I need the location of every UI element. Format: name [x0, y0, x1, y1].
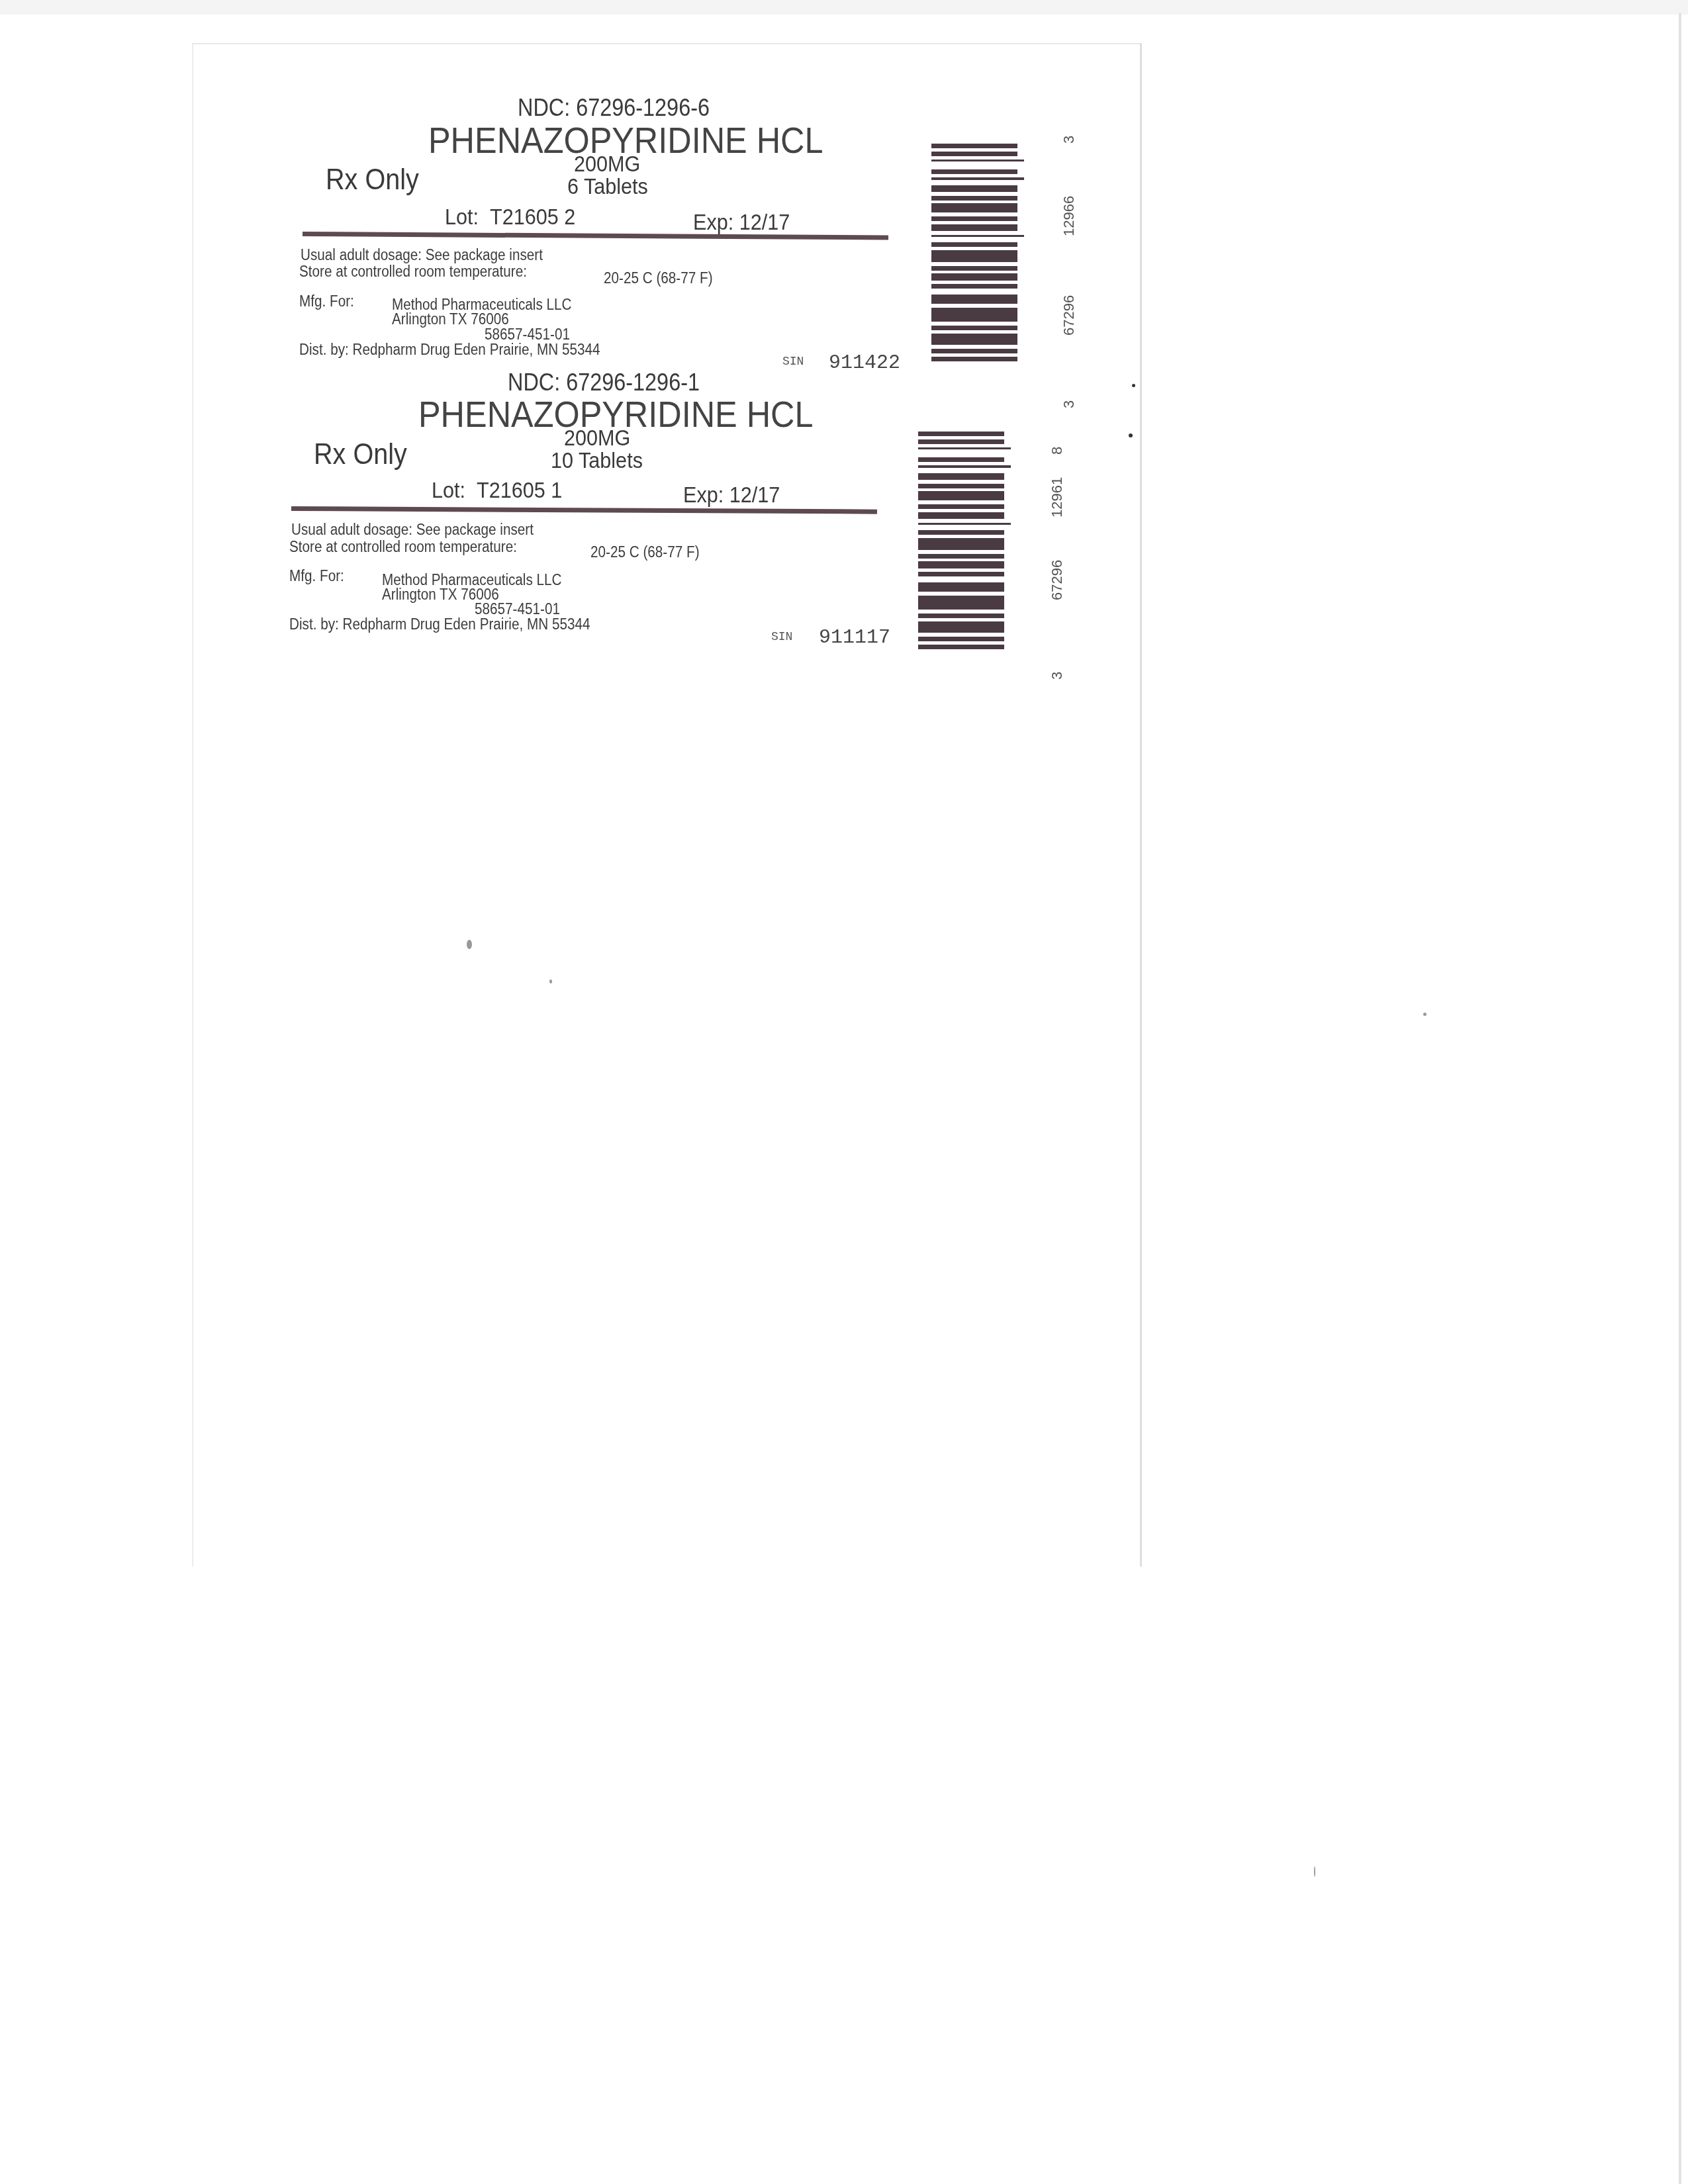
barcode-bar [918, 530, 1004, 535]
barcode-bar [918, 582, 1004, 592]
barcode-bar [918, 645, 1004, 649]
barcode-bar [918, 465, 1011, 468]
distributor: Dist. by: Redpharm Drug Eden Prairie, MN… [289, 615, 590, 633]
barcode-bar [918, 596, 1004, 610]
barcode-bar [931, 185, 1017, 193]
divider-rule [291, 506, 877, 514]
dosage-note: Usual adult dosage: See package insert [301, 246, 543, 264]
barcode-bar [931, 308, 1017, 322]
barcode-digit-check: 3 [1060, 136, 1078, 144]
expiration-date: Exp: 12/17 [683, 482, 780, 508]
barcode-bar [918, 572, 1004, 576]
barcode-bar [931, 242, 1017, 247]
lot-number: Lot: T21605 2 [445, 205, 575, 230]
divider-rule [303, 232, 888, 240]
barcode-bar [931, 250, 1017, 262]
barcode-bar [931, 326, 1017, 330]
rx-only: Rx Only [326, 163, 419, 197]
barcode-bar [931, 224, 1017, 232]
barcode-bar [918, 447, 1011, 450]
scan-speck [549, 979, 552, 983]
scan-speck [1129, 433, 1133, 437]
barcode-bar [918, 473, 1004, 480]
scan-speck [467, 940, 472, 949]
barcode-digits-labeler: 67296 [1049, 560, 1066, 600]
barcode [931, 144, 1024, 362]
scan-speck [1423, 1013, 1427, 1016]
barcode-bar [931, 266, 1017, 271]
rx-only: Rx Only [314, 438, 407, 471]
label-sheet: NDC: 67296-1296-6 PHENAZOPYRIDINE HCL 20… [192, 43, 1140, 1567]
barcode-bar [931, 196, 1017, 201]
barcode-digits-product: 12966 [1060, 196, 1078, 236]
barcode [918, 432, 1011, 650]
sin-label: SIN [771, 631, 792, 644]
sin-number: 911117 [819, 627, 890, 649]
barcode-bar [931, 295, 1017, 304]
barcode-digit-lead: 3 [1049, 672, 1066, 680]
barcode-digit-check: 8 [1049, 447, 1066, 455]
barcode-bar [918, 621, 1004, 633]
barcode-bar [931, 273, 1017, 281]
barcode-bar [918, 457, 1004, 462]
tablet-count: 6 Tablets [567, 174, 648, 200]
barcode-bar [931, 152, 1017, 156]
barcode-bar [918, 637, 1004, 641]
barcode-bar [918, 484, 1004, 488]
barcode-bar [918, 512, 1004, 520]
barcode-bar [931, 177, 1024, 180]
label-6-tablets: NDC: 67296-1296-6 PHENAZOPYRIDINE HCL 20… [193, 44, 1140, 336]
storage-note: Store at controlled room temperature: [289, 538, 517, 556]
barcode-bar [918, 439, 1004, 444]
storage-temperature: 20-25 C (68-77 F) [590, 543, 700, 561]
barcode-bar [918, 614, 1004, 618]
barcode-bar [918, 432, 1004, 436]
barcode-bar [931, 159, 1024, 162]
dosage-note: Usual adult dosage: See package insert [291, 521, 534, 539]
lot-number: Lot: T21605 1 [432, 478, 562, 504]
barcode-bar [918, 538, 1004, 550]
barcode-bar [931, 284, 1017, 289]
barcode-bar [931, 216, 1017, 221]
barcode-bar [918, 523, 1011, 525]
barcode-bar [918, 491, 1004, 500]
mfg-label: Mfg. For: [289, 567, 344, 585]
barcode-digits-labeler: 67296 [1060, 295, 1078, 336]
barcode-bar [918, 561, 1004, 569]
storage-note: Store at controlled room temperature: [299, 263, 527, 281]
scan-right-edge [1679, 13, 1681, 2184]
storage-temperature: 20-25 C (68-77 F) [604, 269, 713, 287]
scan-speck [1314, 1866, 1315, 1877]
scan-speck [1132, 384, 1135, 387]
tablet-count: 10 Tablets [551, 448, 643, 474]
ndc-code: NDC: 67296-1296-6 [518, 94, 710, 122]
expiration-date: Exp: 12/17 [693, 210, 790, 236]
scan-top-edge [0, 0, 1688, 15]
barcode-bar [931, 203, 1017, 212]
barcode-digits-product: 12961 [1049, 477, 1066, 518]
barcode-bar [931, 144, 1017, 148]
barcode-bar [931, 235, 1024, 238]
barcode-bar [931, 169, 1017, 174]
label-10-tablets: NDC: 67296-1296-1 PHENAZOPYRIDINE HCL 20… [193, 336, 1140, 627]
barcode-bar [918, 554, 1004, 559]
mfg-label: Mfg. For: [299, 293, 354, 310]
barcode-bar [918, 504, 1004, 509]
